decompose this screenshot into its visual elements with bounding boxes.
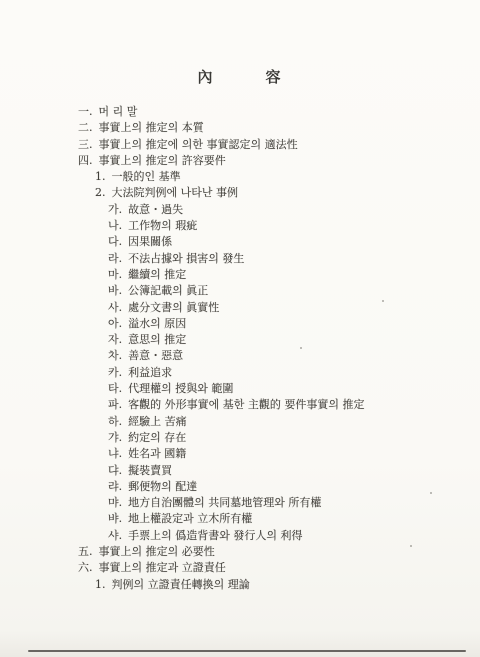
toc-item-number: 바. xyxy=(108,283,122,299)
table-of-contents: 一.머 리 말二.事實上의 推定의 本質三.事實上의 推定에 의한 事實認定의 … xyxy=(78,104,460,593)
toc-line: 1.判例의 立證責任轉換의 理論 xyxy=(78,577,460,593)
toc-item-text: 地上權設定과 立木所有權 xyxy=(128,512,252,525)
toc-item-number: 라. xyxy=(108,251,122,267)
toc-item-text: 事實上의 推定과 立證責任 xyxy=(99,561,226,574)
toc-line: 四.事實上의 推定의 許容要件 xyxy=(78,153,460,169)
toc-line: 나.工作物의 瑕疵 xyxy=(78,218,460,234)
toc-item-text: 事實上의 推定의 必要性 xyxy=(99,545,215,558)
toc-item-number: 나. xyxy=(108,218,122,234)
toc-line: 라.不法占據와 損害의 發生 xyxy=(78,251,460,267)
toc-item-text: 判例의 立證責任轉換의 理論 xyxy=(112,578,250,591)
toc-item-number: 三. xyxy=(78,137,93,153)
toc-line: 가.故意・過失 xyxy=(78,202,460,218)
toc-item-number: 四. xyxy=(78,153,93,169)
toc-item-number: 二. xyxy=(78,120,93,136)
toc-item-text: 意思의 推定 xyxy=(128,333,186,346)
toc-line: 五.事實上의 推定의 必要性 xyxy=(78,544,460,560)
toc-line: 一.머 리 말 xyxy=(78,104,460,120)
toc-item-text: 地方自治團體의 共同墓地管理와 所有權 xyxy=(128,496,321,509)
toc-item-number: 一. xyxy=(78,104,93,120)
toc-line: 갸.約定의 存在 xyxy=(78,430,460,446)
toc-item-number: 六. xyxy=(78,560,93,576)
toc-line: 자.意思의 推定 xyxy=(78,332,460,348)
scan-edge-artifact xyxy=(28,650,466,652)
toc-item-text: 工作物의 瑕疵 xyxy=(128,219,197,232)
toc-line: 사.處分文書의 眞實性 xyxy=(78,300,460,316)
toc-line: 다.因果關係 xyxy=(78,234,460,250)
toc-line: 三.事實上의 推定에 의한 事實認定의 適法性 xyxy=(78,137,460,153)
toc-item-text: 溢水의 原因 xyxy=(128,317,186,330)
toc-item-number: 가. xyxy=(108,202,122,218)
toc-item-number: 1. xyxy=(95,577,106,593)
toc-item-text: 約定의 存在 xyxy=(128,431,186,444)
toc-item-number: 다. xyxy=(108,234,122,250)
toc-line: 차.善意・惡意 xyxy=(78,348,460,364)
toc-item-number: 냐. xyxy=(108,446,122,462)
toc-line: 파.客觀的 外形事實에 基한 主觀的 要件事實의 推定 xyxy=(78,397,460,413)
scan-speck xyxy=(430,492,432,494)
toc-item-text: 手票上의 僞造背書와 發行人의 利得 xyxy=(128,529,302,542)
toc-line: 타.代理權의 授與와 範圍 xyxy=(78,381,460,397)
toc-item-text: 事實上의 推定에 의한 事實認定의 適法性 xyxy=(99,138,298,151)
toc-item-number: 사. xyxy=(108,300,122,316)
toc-item-text: 郵便物의 配達 xyxy=(128,480,197,493)
toc-item-text: 事實上의 推定의 本質 xyxy=(99,121,204,134)
toc-item-number: 댜. xyxy=(108,463,122,479)
toc-item-text: 繼續의 推定 xyxy=(128,268,186,281)
toc-line: 二.事實上의 推定의 本質 xyxy=(78,120,460,136)
toc-item-text: 利益追求 xyxy=(128,366,172,379)
toc-item-number: 1. xyxy=(95,169,106,185)
toc-line: 댜.擬裝賣買 xyxy=(78,463,460,479)
toc-item-number: 아. xyxy=(108,316,122,332)
toc-item-text: 姓名과 國籍 xyxy=(128,447,186,460)
toc-item-number: 파. xyxy=(108,397,122,413)
toc-line: 샤.手票上의 僞造背書와 發行人의 利得 xyxy=(78,528,460,544)
toc-line: 먀.地方自治團體의 共同墓地管理와 所有權 xyxy=(78,495,460,511)
toc-item-text: 代理權의 授與와 範圍 xyxy=(128,382,233,395)
toc-line: 랴.郵便物의 配達 xyxy=(78,479,460,495)
toc-line: 1.一般的인 基準 xyxy=(78,169,460,185)
scan-speck xyxy=(300,347,302,349)
toc-item-text: 公簿記載의 眞正 xyxy=(128,284,208,297)
toc-line: 마.繼續의 推定 xyxy=(78,267,460,283)
scan-speck xyxy=(410,545,412,547)
toc-item-number: 샤. xyxy=(108,528,122,544)
toc-item-text: 客觀的 外形事實에 基한 主觀的 要件事實의 推定 xyxy=(128,398,364,411)
toc-item-text: 擬裝賣買 xyxy=(128,464,172,477)
toc-item-number: 갸. xyxy=(108,430,122,446)
toc-line: 뱌.地上權設定과 立木所有權 xyxy=(78,511,460,527)
toc-item-number: 五. xyxy=(78,544,93,560)
toc-line: 아.溢水의 原因 xyxy=(78,316,460,332)
toc-item-text: 善意・惡意 xyxy=(128,349,183,362)
toc-item-number: 마. xyxy=(108,267,122,283)
toc-item-number: 차. xyxy=(108,348,122,364)
toc-line: 카.利益追求 xyxy=(78,365,460,381)
scan-speck xyxy=(382,300,384,302)
toc-item-number: 뱌. xyxy=(108,511,122,527)
toc-item-text: 處分文書의 眞實性 xyxy=(128,301,219,314)
toc-item-text: 故意・過失 xyxy=(128,203,183,216)
toc-item-text: 一般的인 基準 xyxy=(112,170,181,183)
page-title: 內 容 xyxy=(0,66,480,87)
toc-item-number: 카. xyxy=(108,365,122,381)
toc-item-text: 不法占據와 損害의 發生 xyxy=(128,252,244,265)
toc-item-number: 타. xyxy=(108,381,122,397)
toc-item-number: 랴. xyxy=(108,479,122,495)
toc-item-text: 머 리 말 xyxy=(99,105,138,118)
toc-item-text: 經驗上 苦痛 xyxy=(128,415,187,428)
toc-line: 六.事實上의 推定과 立證責任 xyxy=(78,560,460,576)
toc-item-number: 자. xyxy=(108,332,122,348)
toc-item-text: 事實上의 推定의 許容要件 xyxy=(99,154,226,167)
scanned-document-page: 內 容 一.머 리 말二.事實上의 推定의 本質三.事實上의 推定에 의한 事實… xyxy=(0,0,480,657)
toc-line: 2.大法院判例에 나타난 事例 xyxy=(78,185,460,201)
toc-item-text: 因果關係 xyxy=(128,235,172,248)
toc-item-number: 2. xyxy=(95,185,106,201)
toc-item-text: 大法院判例에 나타난 事例 xyxy=(112,186,239,199)
toc-item-number: 먀. xyxy=(108,495,122,511)
toc-line: 냐.姓名과 國籍 xyxy=(78,446,460,462)
toc-item-number: 하. xyxy=(108,414,122,430)
toc-line: 바.公簿記載의 眞正 xyxy=(78,283,460,299)
toc-line: 하.經驗上 苦痛 xyxy=(78,414,460,430)
